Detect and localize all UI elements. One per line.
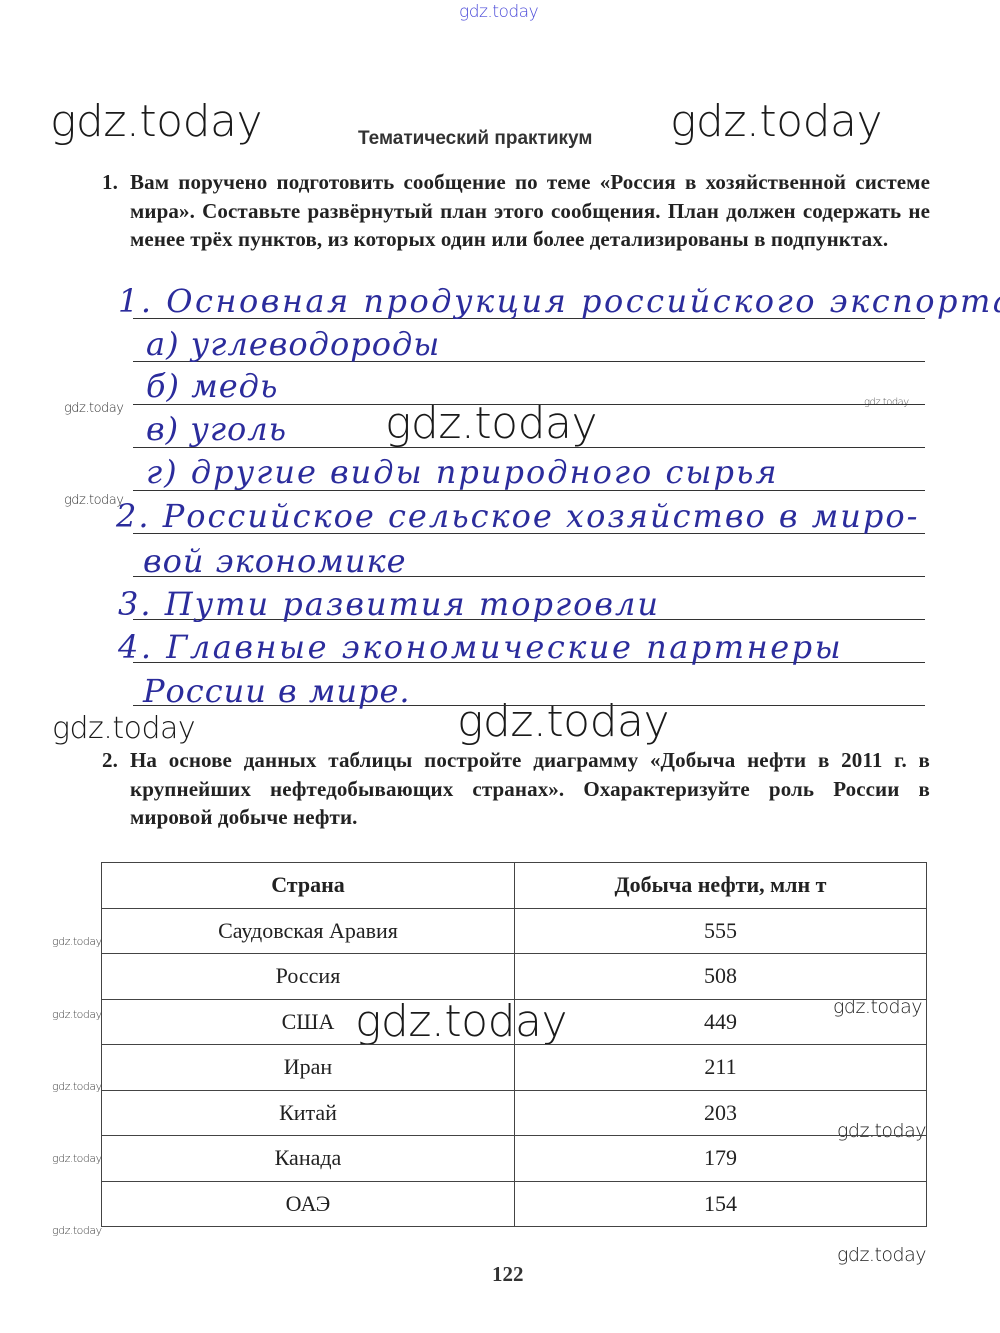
task-2: 2. На основе данных таблицы постройте ди… <box>130 746 930 832</box>
handwritten-line: г) другие виды природного сырья <box>146 456 779 488</box>
handwritten-line: 4. Главные экономические партнеры <box>118 631 843 663</box>
watermark: gdz.today <box>864 398 909 408</box>
handwritten-line: 1. Основная продукция российского экспор… <box>118 285 1000 317</box>
cell-production: 555 <box>515 908 927 954</box>
table-row: Россия508 <box>102 954 927 1000</box>
handwritten-line: вой экономике <box>143 545 407 577</box>
task-number: 2. <box>102 746 118 775</box>
cell-production: 508 <box>515 954 927 1000</box>
watermark: gdz.today <box>52 1225 102 1236</box>
watermark: gdz.today <box>52 714 195 744</box>
task-number: 1. <box>102 168 118 197</box>
cell-country: Саудовская Аравия <box>102 908 515 954</box>
watermark: gdz.today <box>670 100 882 144</box>
cell-production: 449 <box>515 999 927 1045</box>
cell-country: США <box>102 999 515 1045</box>
watermark: gdz.today <box>52 1153 102 1164</box>
table-row: Саудовская Аравия555 <box>102 908 927 954</box>
handwritten-line: в) уголь <box>146 413 287 445</box>
cell-production: 211 <box>515 1045 927 1091</box>
cell-country: Иран <box>102 1045 515 1091</box>
watermark: gdz.today <box>64 494 123 507</box>
handwritten-line: а) углеводороды <box>146 328 440 360</box>
cell-country: Россия <box>102 954 515 1000</box>
watermark-top: gdz.today <box>459 4 538 21</box>
watermark: gdz.today <box>52 1009 102 1020</box>
table-row: США449 <box>102 999 927 1045</box>
handwritten-line: 2. Российское сельское хозяйство в миро- <box>116 500 919 532</box>
watermark: gdz.today <box>457 700 669 744</box>
table-row: Иран211 <box>102 1045 927 1091</box>
column-header-production: Добыча нефти, млн т <box>515 863 927 909</box>
column-header-country: Страна <box>102 863 515 909</box>
watermark: gdz.today <box>50 100 262 144</box>
handwritten-line: 3. Пути развития торговли <box>118 588 660 620</box>
task-1: 1. Вам поручено подготовить сообщение по… <box>130 168 930 254</box>
handwritten-line: б) медь <box>146 370 278 402</box>
cell-country: Канада <box>102 1136 515 1182</box>
table-row: Канада179 <box>102 1136 927 1182</box>
cell-country: Китай <box>102 1090 515 1136</box>
table-row: ОАЭ154 <box>102 1181 927 1227</box>
handwritten-line: России в мире. <box>143 675 411 707</box>
task-text: Вам поручено подготовить сообщение по те… <box>130 168 930 254</box>
table-row: Китай203 <box>102 1090 927 1136</box>
section-title: Тематический практикум <box>358 128 592 150</box>
watermark: gdz.today <box>385 402 597 446</box>
task-text: На основе данных таблицы постройте диагр… <box>130 746 930 832</box>
page-number: 122 <box>492 1262 524 1287</box>
watermark: gdz.today <box>52 936 102 947</box>
cell-production: 179 <box>515 1136 927 1182</box>
oil-production-table: Страна Добыча нефти, млн т Саудовская Ар… <box>101 862 927 1227</box>
table-header-row: Страна Добыча нефти, млн т <box>102 863 927 909</box>
cell-country: ОАЭ <box>102 1181 515 1227</box>
watermark: gdz.today <box>52 1081 102 1092</box>
watermark: gdz.today <box>64 402 123 415</box>
cell-production: 154 <box>515 1181 927 1227</box>
watermark: gdz.today <box>837 1246 926 1265</box>
cell-production: 203 <box>515 1090 927 1136</box>
